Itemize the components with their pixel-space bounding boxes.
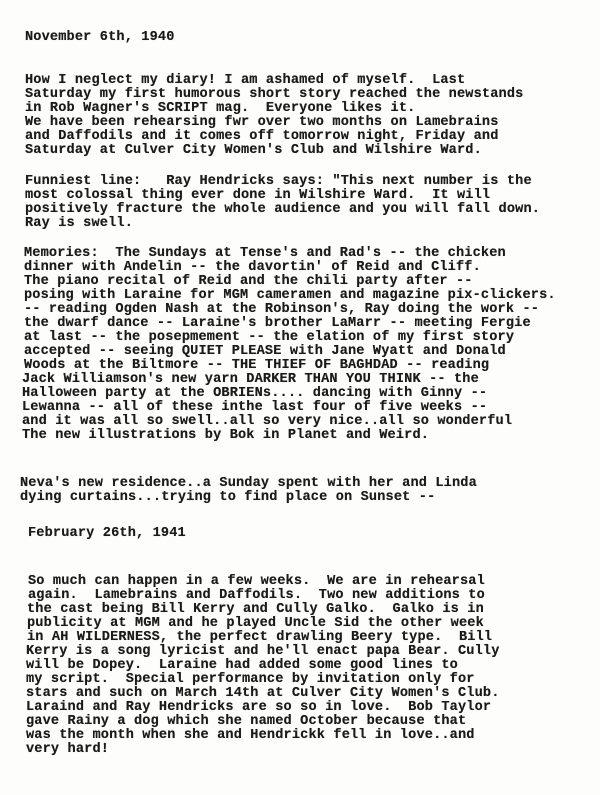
text-line: The new illustrations by Bok in Planet a…: [22, 429, 429, 444]
text-line: Saturday at Culver City Women's Club and…: [25, 144, 482, 159]
text-line: very hard!: [26, 743, 109, 758]
entry-date: November 6th, 1940: [25, 31, 175, 46]
typewritten-diary-page: November 6th, 1940 How I neglect my diar…: [0, 0, 600, 795]
text-line: Ray is swell.: [25, 217, 133, 232]
text-line: dying curtains...trying to find place on…: [20, 491, 435, 506]
entry-date: February 26th, 1941: [28, 527, 186, 542]
